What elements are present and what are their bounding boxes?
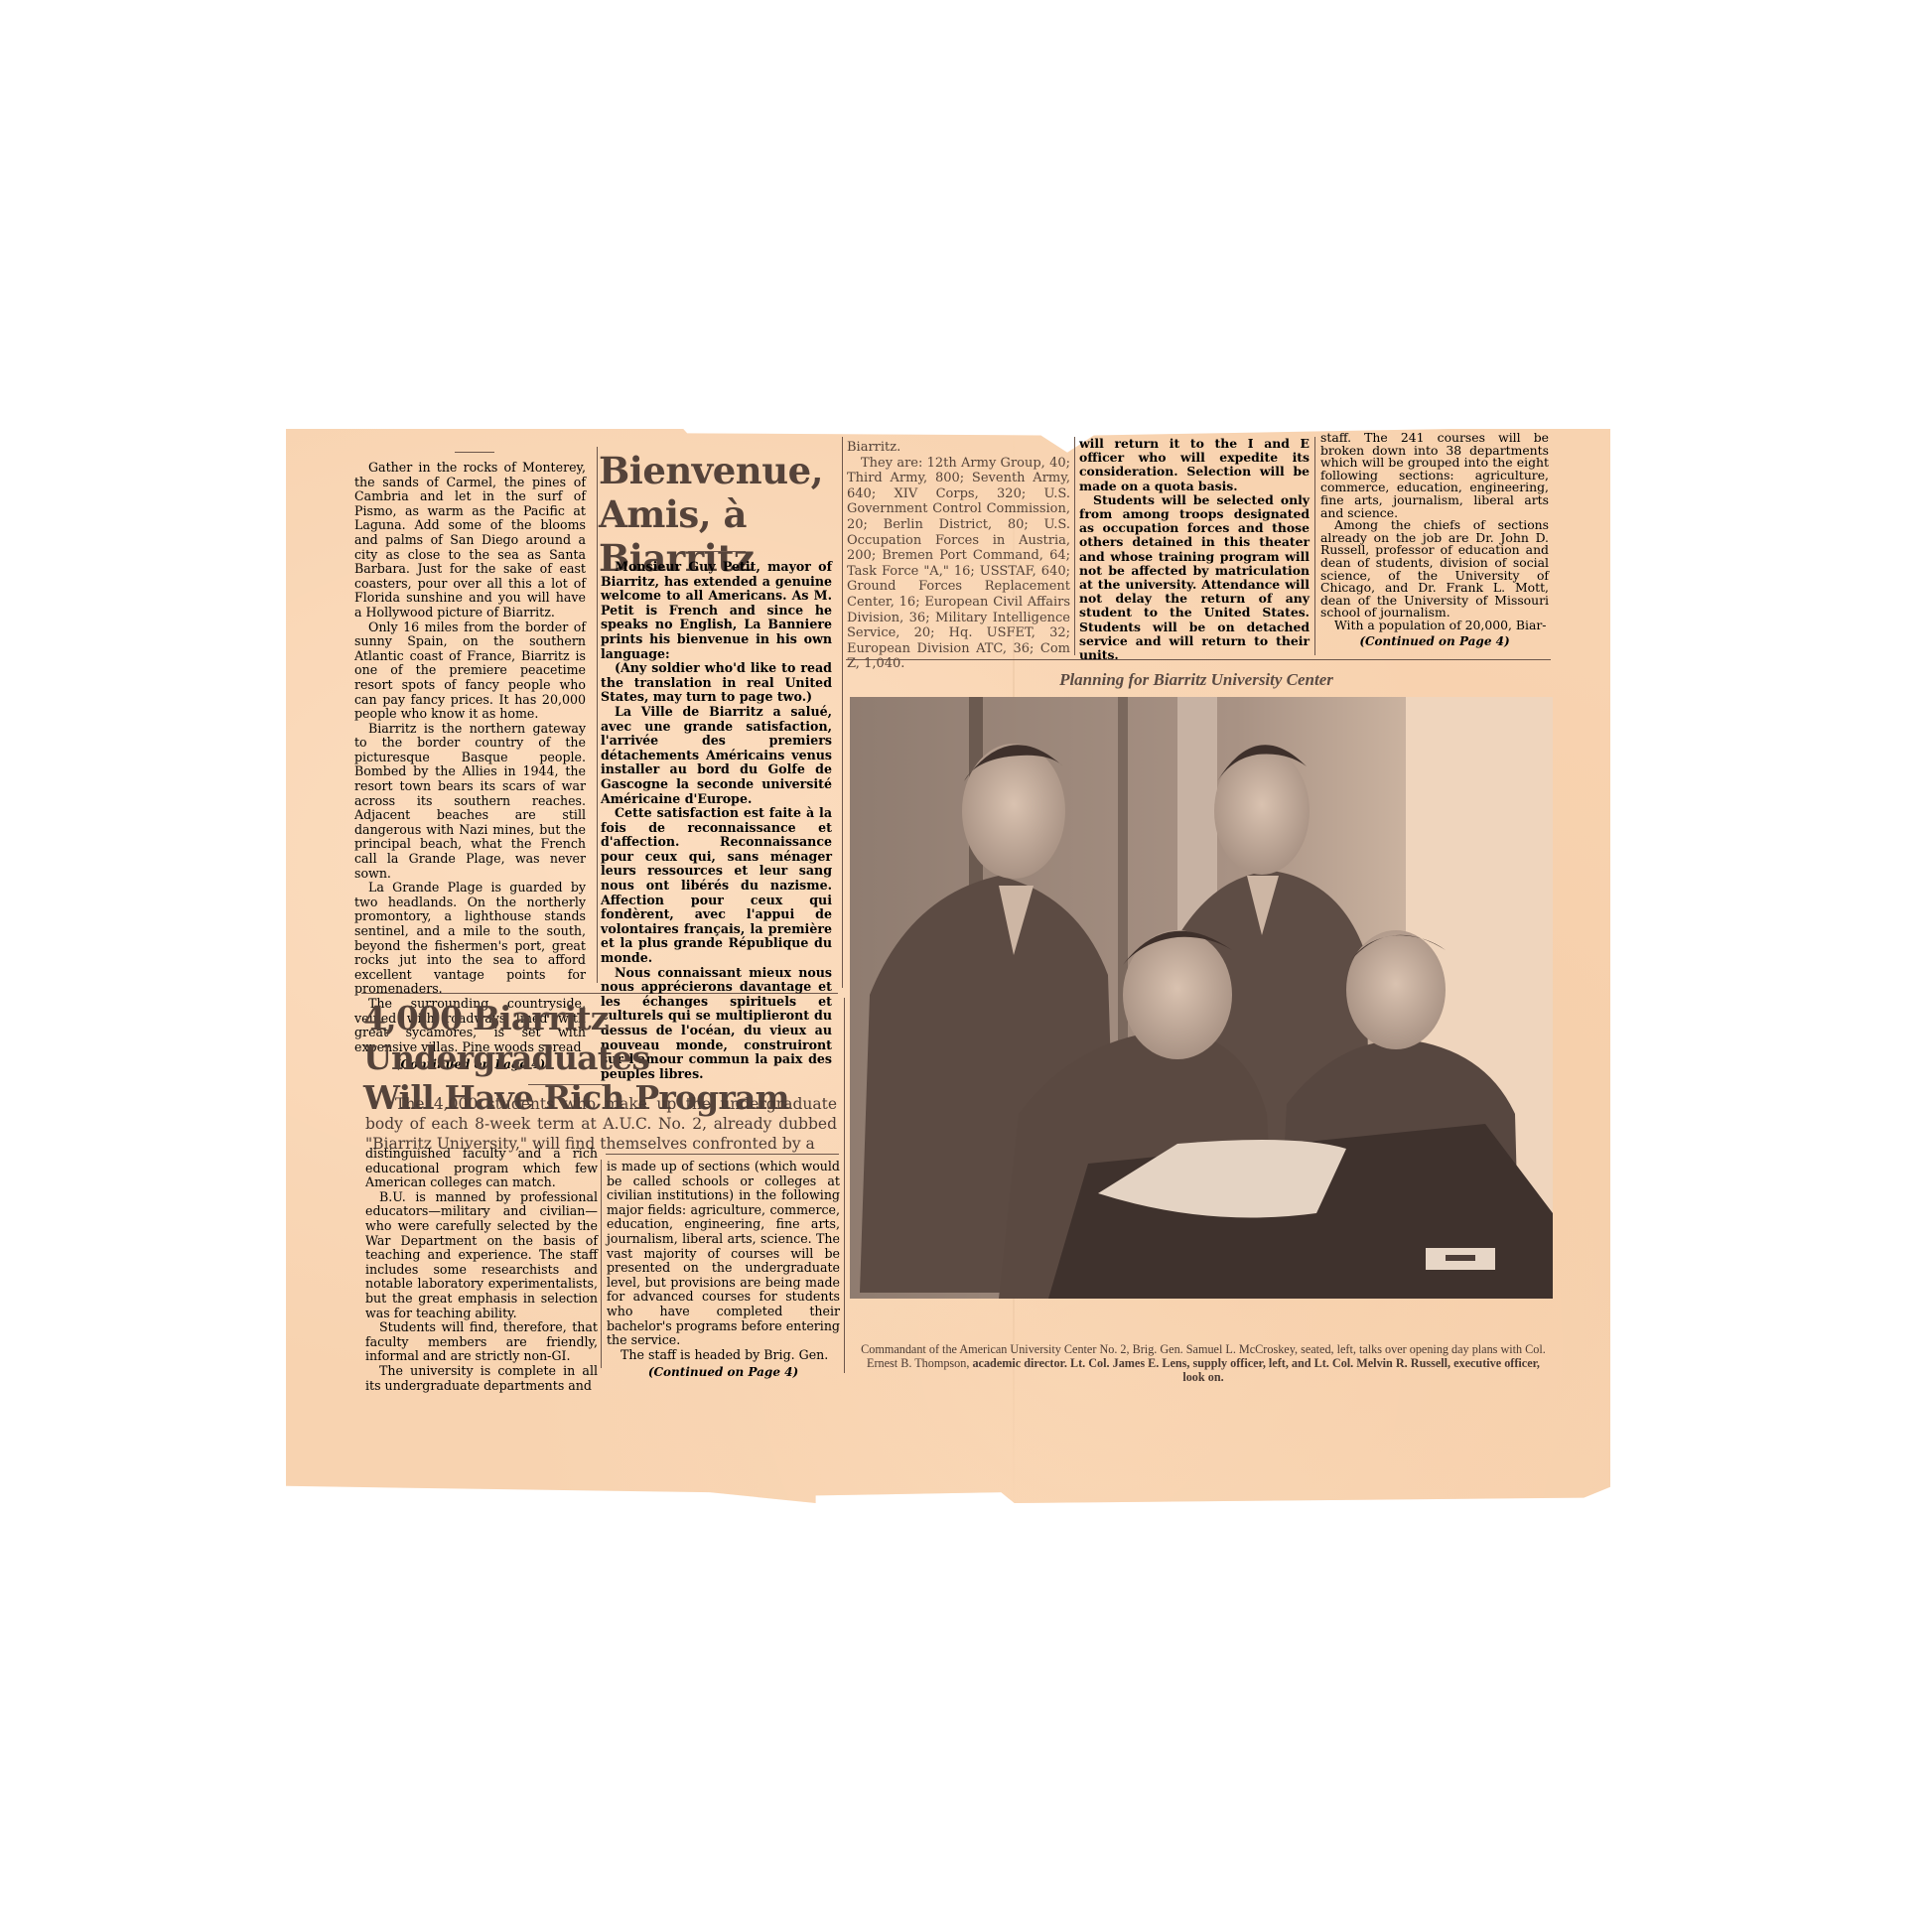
- paragraph: is made up of sections (which would be c…: [607, 1160, 840, 1348]
- paragraph: Only 16 miles from the border of sunny S…: [354, 621, 586, 722]
- column-rule: [1074, 437, 1075, 655]
- headline-line: Bienvenue,: [599, 449, 837, 492]
- paragraph: Cette satisfaction est faite à la fois d…: [601, 806, 832, 966]
- headline-rule: [528, 1084, 608, 1085]
- paragraph: staff. The 241 courses will be broken do…: [1320, 432, 1549, 519]
- officers-photo: [850, 697, 1553, 1299]
- paragraph: La Grande Plage is guarded by two headla…: [354, 881, 586, 997]
- paragraph: Biarritz.: [847, 440, 1070, 456]
- headline-line: 4,000 Biarritz Undergraduates: [363, 999, 850, 1078]
- paragraph: Students will find, therefore, that facu…: [365, 1320, 598, 1364]
- column-rule: [601, 1160, 602, 1368]
- photo-title: Planning for Biarritz University Center: [983, 670, 1410, 690]
- quota-list-paragraph: They are: 12th Army Group, 40; Third Arm…: [847, 456, 1070, 672]
- headline-rule: [688, 551, 746, 552]
- paragraph: La Ville de Biarritz a salué, avec une g…: [601, 705, 832, 806]
- translation-note: (Any soldier who'd like to read the tran…: [601, 661, 832, 705]
- continued-notice: (Continued on Page 4): [1320, 635, 1549, 648]
- continued-notice: (Continued on Page 4): [607, 1365, 840, 1380]
- lead-paragraph: The 4,000 students who make up the under…: [365, 1094, 837, 1154]
- paragraph: will return it to the I and E officer wh…: [1079, 437, 1310, 493]
- quota-column: Biarritz. They are: 12th Army Group, 40;…: [847, 440, 1070, 672]
- column-top-rule: [455, 452, 494, 453]
- paragraph: Biarritz is the northern gateway to the …: [354, 722, 586, 882]
- column-rule: [1314, 437, 1315, 655]
- paragraph: The staff is headed by Brig. Gen.: [607, 1348, 840, 1363]
- paragraph: Gather in the rocks of Monterey, the san…: [354, 461, 586, 621]
- column-rule: [842, 437, 843, 988]
- column-rule: [597, 447, 598, 983]
- paragraph: distinguished faculty and a rich educati…: [365, 1147, 598, 1190]
- photo-image: [850, 697, 1553, 1299]
- paragraph: B.U. is manned by professional educators…: [365, 1190, 598, 1320]
- column-top-rule: [606, 1154, 839, 1155]
- column-rule: [844, 998, 845, 1373]
- paragraph: Students will be selected only from amon…: [1079, 493, 1310, 662]
- student-selection-column: will return it to the I and E officer wh…: [1079, 437, 1310, 662]
- main-article-right-column: is made up of sections (which would be c…: [607, 1160, 840, 1380]
- paragraph: Among the chiefs of sections already on …: [1320, 519, 1549, 620]
- photo-caption: Commandant of the American University Ce…: [856, 1342, 1551, 1384]
- courses-column: staff. The 241 courses will be broken do…: [1320, 432, 1549, 647]
- paragraph: The university is complete in all its un…: [365, 1364, 598, 1393]
- intro-paragraph: Monsieur Guy Petit, mayor of Biarritz, h…: [601, 560, 832, 661]
- section-divider: [846, 659, 1551, 660]
- lead-text: The 4,000 students who make up the under…: [365, 1094, 837, 1154]
- biarritz-description-column: Gather in the rocks of Monterey, the san…: [354, 461, 586, 1072]
- main-article-left-column: distinguished faculty and a rich educati…: [365, 1147, 598, 1393]
- caption-text-bold: academic director. Lt. Col. James E. Len…: [972, 1356, 1540, 1384]
- paragraph: With a population of 20,000, Biar-: [1320, 620, 1549, 632]
